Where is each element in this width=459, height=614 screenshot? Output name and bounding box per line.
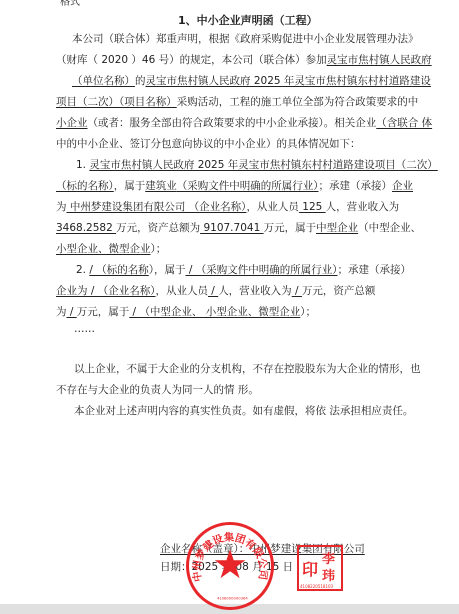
total-assets: 9107.7041 [200, 222, 263, 234]
item2-line1: 2. / （标的名称），属于 / （采购文件中明确的所属行业）；承建（承接） [76, 263, 411, 277]
star-icon: ★ [212, 545, 248, 585]
format-label: 格式 [60, 0, 80, 10]
company-name: 中州梦建设集团有限公司 （企业名称） [67, 201, 247, 213]
item2-line2: 企业为 / （企业名称），从业人员 / 人，营业收入为 / 万元，资产总额 [56, 284, 375, 298]
item1-line4: 3468.2582 万元，资产总额为 9107.7041 万元，属于中型企业（中… [56, 221, 421, 235]
personal-seal: 印 李 玮 410822051810З [297, 545, 343, 591]
para1-line5: 小企业（或者：服务全部由符合政策要求的中小企业承接）。相关企业（含联合 体 [56, 116, 432, 130]
seal-char-wei: 玮 [322, 565, 335, 584]
document-page: 格式 1、中小企业声明函（工程） 本公司（联合体）郑重声明，根据《政府采购促进中… [0, 0, 459, 604]
employee-count: 125 [299, 201, 326, 213]
item1-line5: 小型企业、微型企业）； [56, 242, 166, 256]
para1-line1: 本公司（联合体）郑重声明，根据《政府采购促进中小企业发展管理办法》 [72, 32, 419, 46]
doc-title: 1、中小企业声明函（工程） [178, 14, 318, 28]
project-name: 灵宝市焦村镇人民政府 2025 年灵宝市焦村镇东村村道路建设 [146, 75, 431, 87]
industry: 建筑业 [145, 180, 177, 192]
item2-line3: 为 / 万元，属于 / （中型企业、 小型企业、微型企业）； [56, 305, 316, 319]
closing-line3: 本企业对上述声明内容的真实性负责。如有虚假，将依 法承担相应责任。 [74, 404, 413, 418]
item1-line2: （标的名称），属于建筑业（采购文件中明确的所属行业）；承建（承接）企业 [56, 179, 413, 193]
company-seal: 中州梦建设集团有限公司 4108000000364 ★ [186, 522, 274, 610]
closing-line1: 以上企业，不属于大企业的分支机构，不存在控股股东为大企业的情形，也 [74, 362, 421, 376]
seal-char-yin: 印 [302, 557, 318, 580]
svg-text:4108000000364: 4108000000364 [217, 597, 248, 601]
para1-line4: 项目（二次）（项目名称）采购活动，工程的施工单位全部为符合政策要求的中 [56, 95, 418, 109]
para1-line2: （财库（ 2020 ）46 号）的规定，本公司（联合体）参加灵宝市焦村镇人民政府 [56, 53, 432, 67]
ellipsis: …… [74, 322, 95, 336]
closing-line2: 不存在与大企业的负责人为同一人的情 形。 [56, 383, 259, 397]
para1-line6: 中的中小企业、签订分包意向协议的中小企业）的具体情况如下： [56, 137, 361, 151]
seal-code: 410822051810З [300, 584, 333, 589]
item1-line1: 1. 灵宝市焦村镇人民政府 2025 年灵宝市焦村镇东村村道路建设项目（二次） [76, 158, 438, 172]
revenue: 3468.2582 [56, 222, 116, 234]
item1-line3: 为 中州梦建设集团有限公司 （企业名称），从业人员 125 人，营业收入为 [56, 200, 399, 214]
para1-line3: （单位名称）的灵宝市焦村镇人民政府 2025 年灵宝市焦村镇东村村道路建设 [72, 74, 431, 88]
purchaser-name: 灵宝市焦村镇人民政府 [327, 54, 432, 66]
enterprise-type: 中型企业 [316, 222, 358, 234]
